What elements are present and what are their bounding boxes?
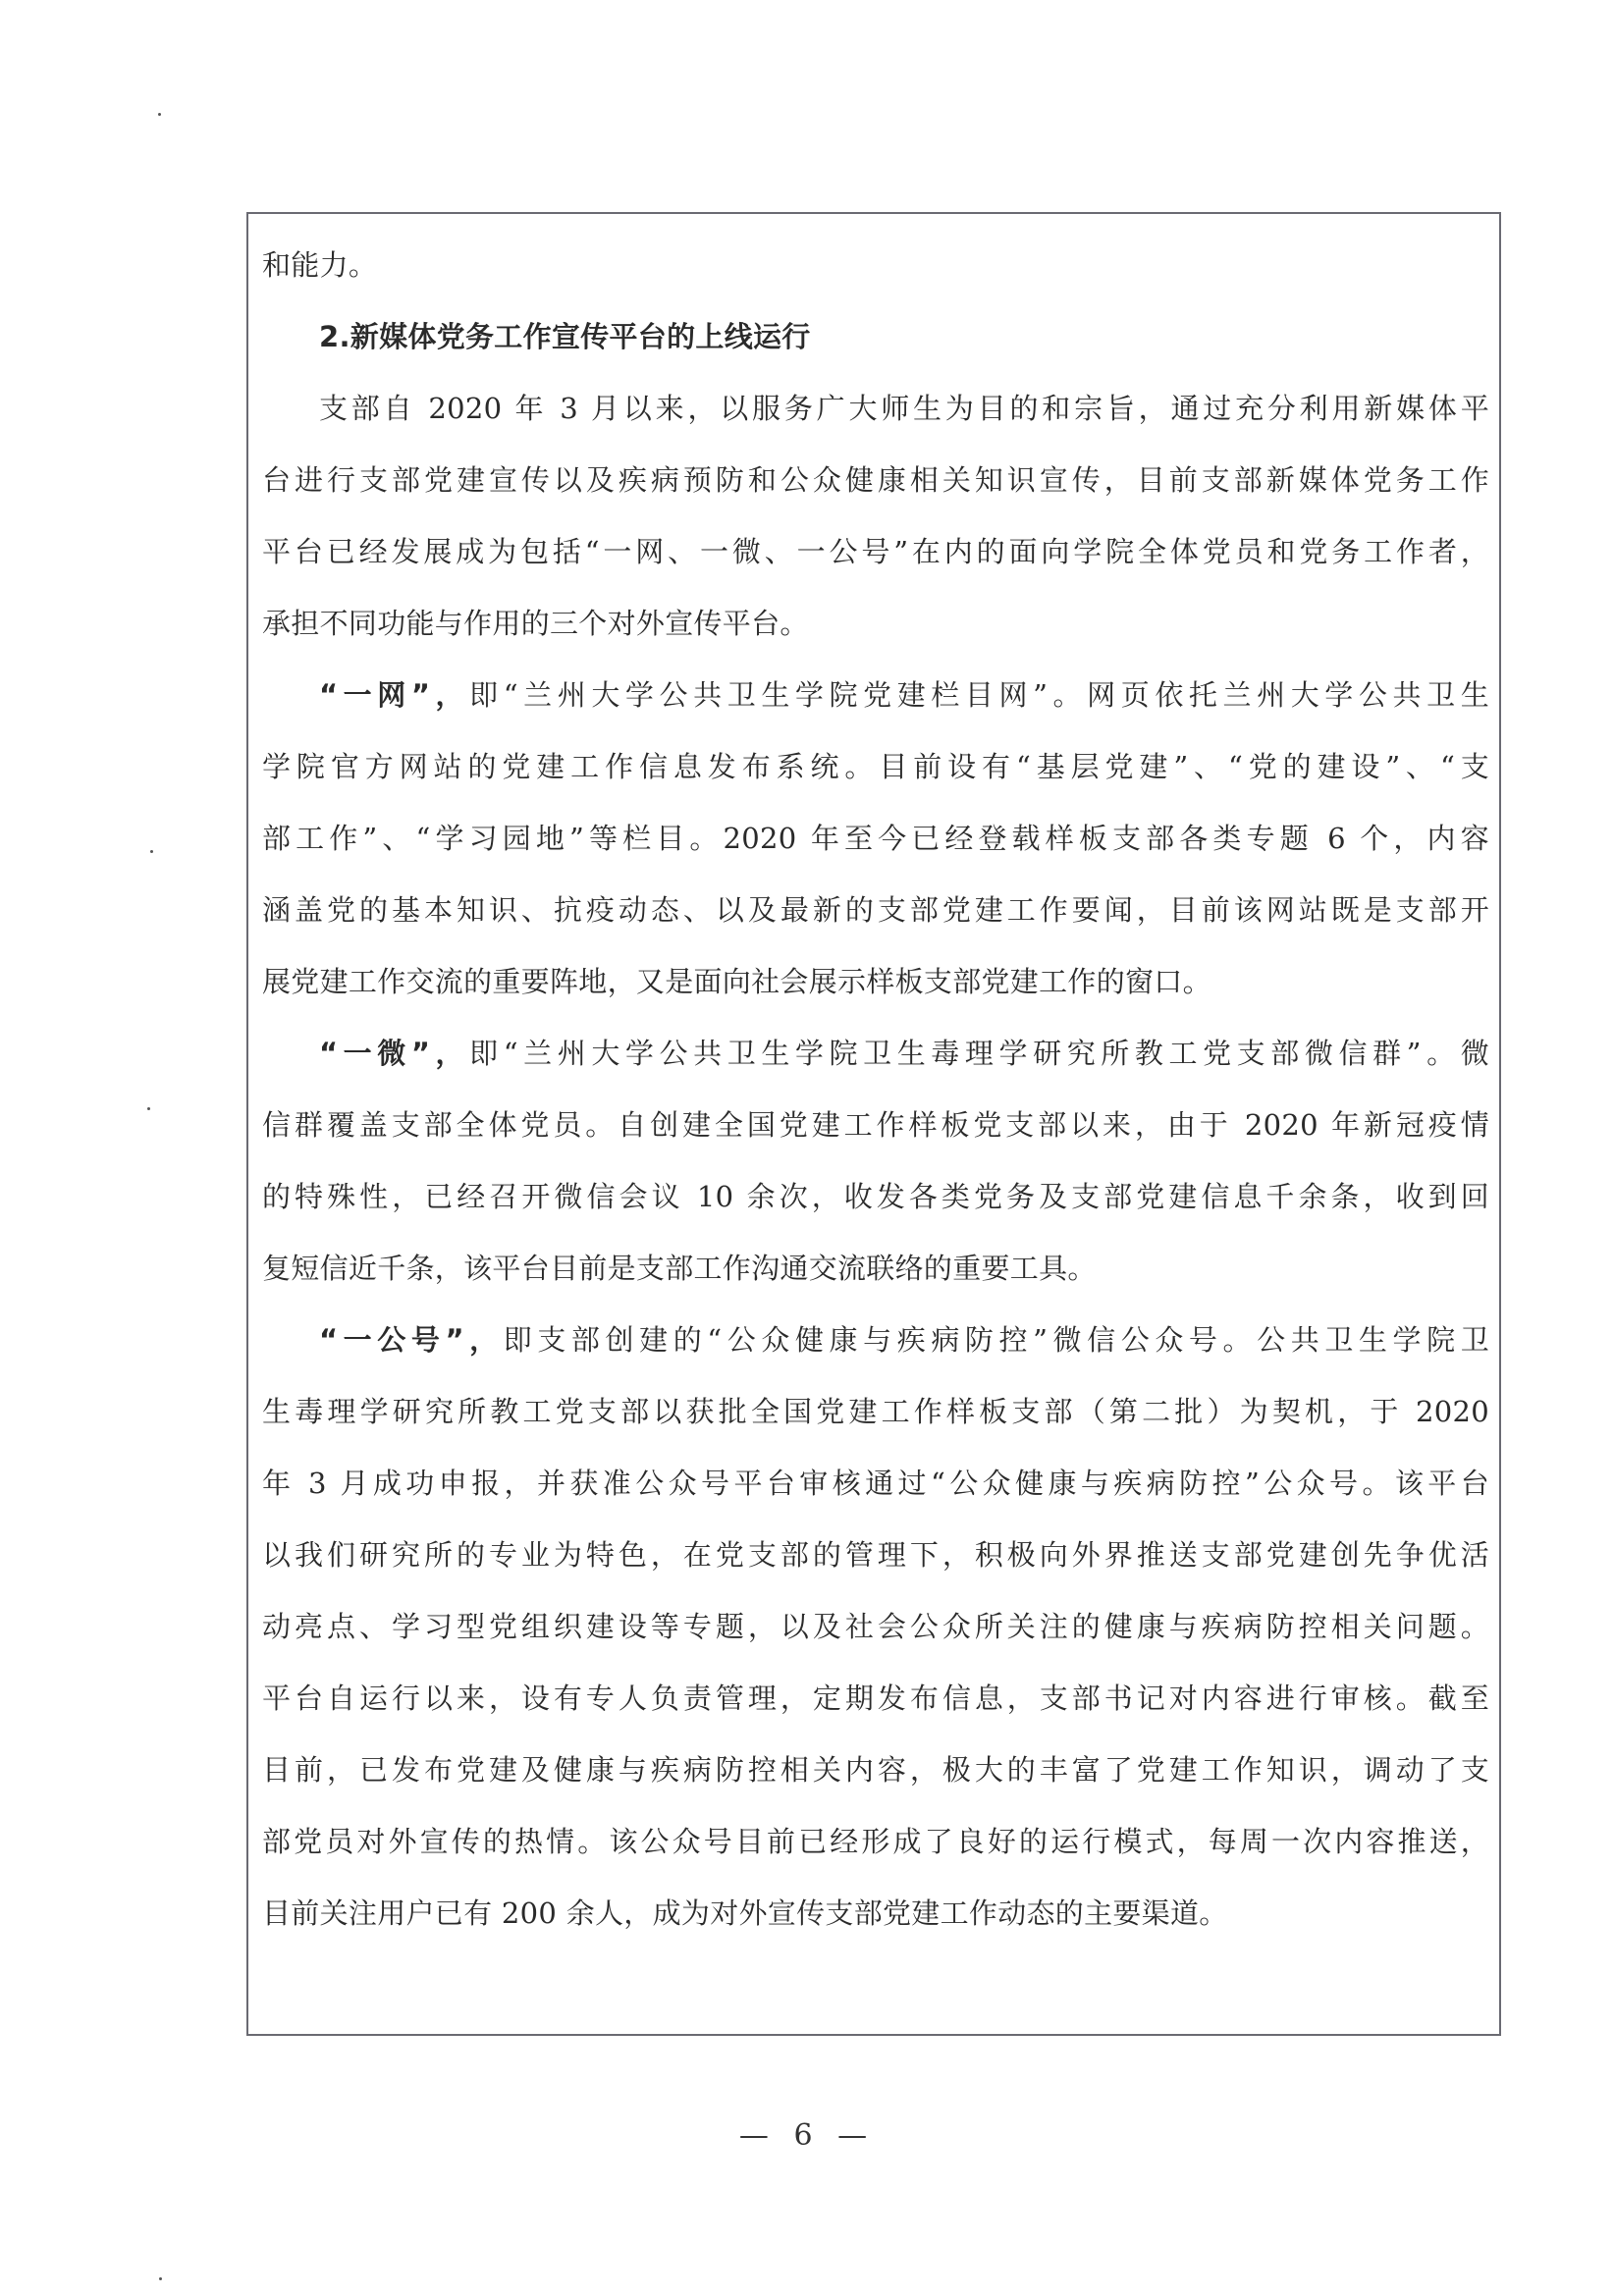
paragraph-lead: “一网”， (319, 678, 469, 712)
paragraph-line: 生毒理学研究所教工党支部以获批全国党建工作样板支部（第二批）为契机，于 2020 (262, 1382, 1489, 1454)
paragraph-line: 平台已经发展成为包括“一网、一微、一公号”在内的面向学院全体党员和党务工作者， (262, 522, 1489, 594)
paragraph-intro: 支部自 2020 年 3 月以来，以服务广大师生为目的和宗旨，通过充分利用新媒体… (262, 379, 1489, 666)
paragraph-yiwei: “一微”，即“兰州大学公共卫生学院卫生毒理学研究所教工党支部微信群”。微 信群覆… (262, 1024, 1489, 1310)
paragraph-text: 即“兰州大学公共卫生学院党建栏目网”。网页依托兰州大学公共卫生 (469, 678, 1489, 712)
paragraph-line: 目前，已发布党建及健康与疾病防控相关内容，极大的丰富了党建工作知识，调动了支 (262, 1740, 1489, 1812)
paragraph-line: 涵盖党的基本知识、抗疫动态、以及最新的支部党建工作要闻，目前该网站既是支部开 (262, 881, 1489, 952)
page-number: — 6 — (0, 2118, 1614, 2153)
paragraph-line: “一微”，即“兰州大学公共卫生学院卫生毒理学研究所教工党支部微信群”。微 (262, 1024, 1489, 1095)
paragraph-line: 年 3 月成功申报，并获准公众号平台审核通过“公众健康与疾病防控”公众号。该平台 (262, 1454, 1489, 1525)
content-frame: 和能力。 2.新媒体党务工作宣传平台的上线运行 支部自 2020 年 3 月以来… (246, 212, 1501, 2036)
paragraph-line: 部党员对外宣传的热情。该公众号目前已经形成了良好的运行模式，每周一次内容推送， (262, 1812, 1489, 1884)
paragraph-line: “一网”，即“兰州大学公共卫生学院党建栏目网”。网页依托兰州大学公共卫生 (262, 666, 1489, 737)
paragraph-line: 部工作”、“学习园地”等栏目。2020 年至今已经登载样板支部各类专题 6 个，… (262, 809, 1489, 881)
paragraph-line: “一公号”，即支部创建的“公众健康与疾病防控”微信公众号。公共卫生学院卫 (262, 1310, 1489, 1382)
paragraph-lead: “一微”， (319, 1037, 469, 1070)
paragraph-line: 目前关注用户已有 200 余人，成为对外宣传支部党建工作动态的主要渠道。 (262, 1884, 1489, 1955)
paragraph-line: 展党建工作交流的重要阵地，又是面向社会展示样板支部党建工作的窗口。 (262, 952, 1489, 1024)
scan-speck (158, 113, 161, 116)
paragraph-yiwang: “一网”，即“兰州大学公共卫生学院党建栏目网”。网页依托兰州大学公共卫生 学院官… (262, 666, 1489, 1024)
section-heading: 2.新媒体党务工作宣传平台的上线运行 (262, 307, 1489, 379)
paragraph-line: 动亮点、学习型党组织建设等专题，以及社会公众所关注的健康与疾病防控相关问题。 (262, 1597, 1489, 1669)
paragraph-lead: “一公号”， (319, 1323, 504, 1357)
scan-speck (147, 1107, 150, 1110)
paragraph-line: 复短信近千条，该平台目前是支部工作沟通交流联络的重要工具。 (262, 1239, 1489, 1310)
paragraph-line: 以我们研究所的专业为特色，在党支部的管理下，积极向外界推送支部党建创先争优活 (262, 1525, 1489, 1597)
paragraph-line: 学院官方网站的党建工作信息发布系统。目前设有“基层党建”、“党的建设”、“支 (262, 737, 1489, 809)
paragraph-text: 即“兰州大学公共卫生学院卫生毒理学研究所教工党支部微信群”。微 (469, 1037, 1489, 1070)
paragraph-line: 承担不同功能与作用的三个对外宣传平台。 (262, 594, 1489, 666)
document-body: 和能力。 2.新媒体党务工作宣传平台的上线运行 支部自 2020 年 3 月以来… (262, 236, 1489, 1955)
paragraph-line: 的特殊性，已经召开微信会议 10 余次，收发各类党务及支部党建信息千余条，收到回 (262, 1167, 1489, 1239)
paragraph-yigonghao: “一公号”，即支部创建的“公众健康与疾病防控”微信公众号。公共卫生学院卫 生毒理… (262, 1310, 1489, 1955)
paragraph-line: 信群覆盖支部全体党员。自创建全国党建工作样板党支部以来，由于 2020 年新冠疫… (262, 1095, 1489, 1167)
paragraph-line: 台进行支部党建宣传以及疾病预防和公众健康相关知识宣传，目前支部新媒体党务工作 (262, 451, 1489, 522)
scan-speck (159, 2277, 162, 2280)
paragraph-line: 支部自 2020 年 3 月以来，以服务广大师生为目的和宗旨，通过充分利用新媒体… (262, 379, 1489, 451)
continuation-line: 和能力。 (262, 236, 1489, 307)
scan-speck (150, 850, 153, 853)
paragraph-line: 平台自运行以来，设有专人负责管理，定期发布信息，支部书记对内容进行审核。截至 (262, 1669, 1489, 1740)
paragraph-text: 即支部创建的“公众健康与疾病防控”微信公众号。公共卫生学院卫 (504, 1323, 1489, 1357)
